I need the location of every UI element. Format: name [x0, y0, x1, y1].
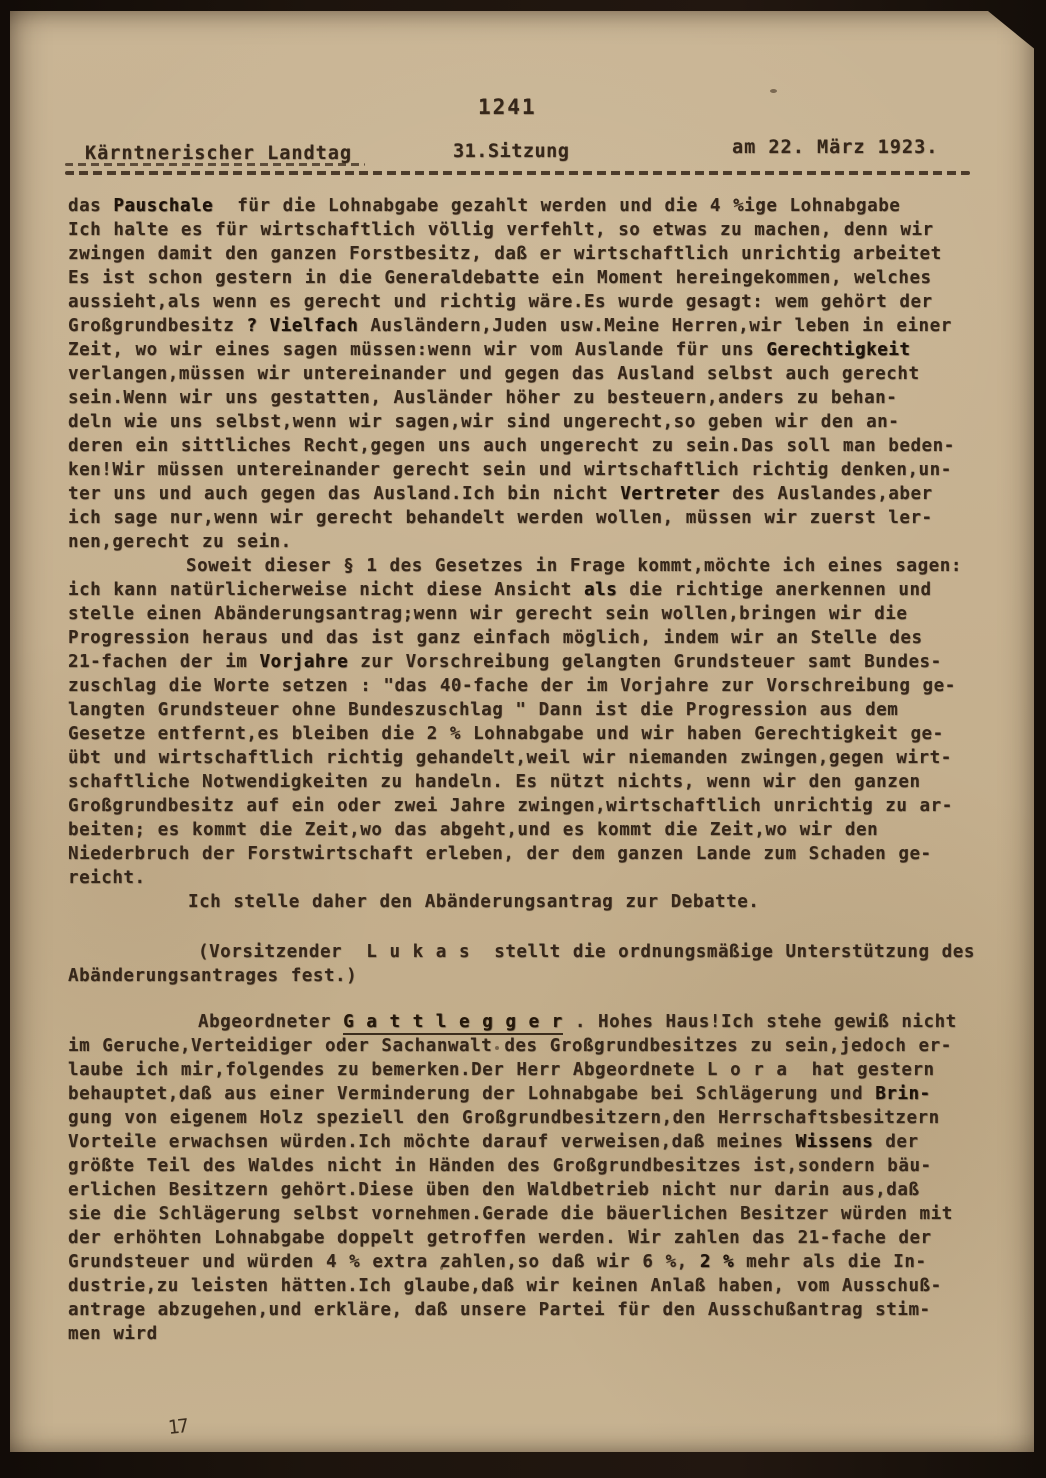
text-line: nen,gerecht zu sein. — [68, 530, 973, 554]
document-page: 1241 Kärntnerischer Landtag 31.Sitzung a… — [10, 11, 1034, 1452]
text-segment: zur Vorschreibung gelangten Grundsteuer … — [348, 652, 942, 672]
text-line: Soweit dieser § 1 des Gesetzes in Frage … — [68, 554, 973, 578]
text-segment: ter uns und auch gegen das Ausland.Ich b… — [68, 484, 620, 504]
text-line: Vorteile erwachsen würden.Ich möchte dar… — [68, 1130, 973, 1154]
text-segment: Großgrundbesitz auf ein oder zwei Jahre … — [68, 796, 953, 816]
text-line: ich sage nur,wenn wir gerecht behandelt … — [68, 506, 973, 530]
text-line: Großgrundbesitz auf ein oder zwei Jahre … — [68, 794, 973, 818]
header-session-date: am 22. März 1923. — [732, 137, 938, 158]
text-segment: gung von eigenem Holz speziell den Großg… — [68, 1108, 940, 1128]
text-line: Abänderungsantrages fest.) — [68, 964, 973, 988]
text-line: langten Grundsteuer ohne Bundeszuschlag … — [68, 698, 973, 722]
text-segment: Gesetze entfernt,es bleiben die 2 % Lohn… — [68, 724, 944, 744]
text-segment: verlangen,müssen wir untereinander und g… — [68, 364, 920, 384]
text-segment: reicht. — [68, 868, 146, 888]
text-segment: stelle einen Abänderungsantrag;wenn wir … — [68, 604, 907, 624]
text-segment: ich sage nur,wenn wir gerecht behandelt … — [68, 508, 933, 528]
text-line: verlangen,müssen wir untereinander und g… — [68, 362, 973, 386]
paragraph: das Pauschale für die Lohnabgabe gezahlt… — [68, 194, 973, 554]
text-line: gung von eigenem Holz speziell den Großg… — [68, 1106, 973, 1130]
text-line: übt und wirtschaftlich richtig gehandelt… — [68, 746, 973, 770]
text-segment: Brin- — [875, 1084, 930, 1104]
ink-speck — [495, 1046, 499, 1050]
text-segment: Ich halte es für wirtschaftlich völlig v… — [68, 220, 934, 240]
text-line: deln wie uns selbst,wenn wir sagen,wir s… — [68, 410, 973, 434]
text-segment: deren ein sittliches Recht,gegen uns auc… — [68, 436, 955, 456]
text-line: (Vorsitzender L u k a s stellt die ordnu… — [68, 940, 973, 964]
text-segment: größte Teil des Waldes nicht in Händen d… — [68, 1156, 932, 1176]
text-line: Grundsteuer und würden 4 % extra zahlen,… — [68, 1250, 973, 1274]
text-segment: 21-fachen der im — [68, 652, 259, 672]
text-segment: Ich stelle daher den Abänderungsantrag z… — [188, 892, 759, 912]
text-line: sein.Wenn wir uns gestatten, Ausländer h… — [68, 386, 973, 410]
text-line: reicht. — [68, 866, 973, 890]
text-segment: die richtige anerkennen und — [617, 580, 931, 600]
text-segment: Pauschale — [113, 196, 213, 216]
paragraph: Abgeordneter G a t t l e g g e r . Hohes… — [68, 1010, 973, 1346]
text-segment: Ausländern,Juden usw.Meine Herren,wir le… — [358, 316, 952, 336]
text-segment: ich kann natürlicherweise nicht diese An… — [68, 580, 584, 600]
text-segment: zwingen damit den ganzen Forstbesitz, da… — [68, 244, 942, 264]
text-segment: . Hohes Haus!Ich stehe gewiß nicht — [563, 1012, 957, 1032]
text-segment: Vorjahre — [259, 652, 348, 672]
ink-speck — [770, 89, 777, 93]
text-segment: aussieht,als wenn es gerecht und richtig… — [68, 292, 933, 312]
text-line: Ich stelle daher den Abänderungsantrag z… — [68, 890, 973, 914]
text-segment: ken!Wir müssen untereinander gerecht sei… — [68, 460, 952, 480]
text-line: der erhöhten Lohnabgabe doppelt getroffe… — [68, 1226, 973, 1250]
text-segment: laube ich mir,folgendes zu bemerken.Der … — [68, 1060, 935, 1080]
text-line: Abgeordneter G a t t l e g g e r . Hohes… — [68, 1010, 973, 1034]
paragraph: Ich stelle daher den Abänderungsantrag z… — [68, 890, 973, 914]
text-segment: mehr als die In- — [734, 1252, 926, 1272]
text-segment: langten Grundsteuer ohne Bundeszuschlag … — [68, 700, 898, 720]
text-line: Zeit, wo wir eines sagen müssen:wenn wir… — [68, 338, 973, 362]
text-line: behauptet,daß aus einer Verminderung der… — [68, 1082, 973, 1106]
text-line: schaftliche Notwendigkeiten zu handeln. … — [68, 770, 973, 794]
text-line: im Geruche,Verteidiger oder Sachanwalt d… — [68, 1034, 973, 1058]
text-line: stelle einen Abänderungsantrag;wenn wir … — [68, 602, 973, 626]
body-text: das Pauschale für die Lohnabgabe gezahlt… — [68, 194, 973, 1346]
text-segment: als — [584, 580, 617, 600]
text-segment: Niederbruch der Forstwirtschaft erleben,… — [68, 844, 932, 864]
text-line: Ich halte es für wirtschaftlich völlig v… — [68, 218, 973, 242]
text-segment: sein.Wenn wir uns gestatten, Ausländer h… — [68, 388, 897, 408]
header-rule — [65, 171, 970, 175]
text-line: erlichen Besitzern gehört.Diese üben den… — [68, 1178, 973, 1202]
text-segment: des Auslandes,aber — [720, 484, 933, 504]
text-line: ken!Wir müssen untereinander gerecht sei… — [68, 458, 973, 482]
text-segment: Soweit dieser § 1 des Gesetzes in Frage … — [186, 556, 962, 576]
text-segment: Vertreter — [620, 484, 720, 504]
text-segment: sie die Schlägerung selbst vornehmen.Ger… — [68, 1204, 953, 1224]
text-line: dustrie,zu leisten hätten.Ich glaube,daß… — [68, 1274, 973, 1298]
text-segment: Grundsteuer und würden 4 % extra zahlen,… — [68, 1252, 700, 1272]
text-segment: das — [68, 196, 113, 216]
text-segment: Gerechtigkeit — [766, 340, 910, 360]
header-session-number: 31.Sitzung — [453, 141, 569, 162]
text-line: sie die Schlägerung selbst vornehmen.Ger… — [68, 1202, 973, 1226]
text-segment: Zeit, wo wir eines sagen müssen:wenn wir… — [68, 340, 766, 360]
text-line: das Pauschale für die Lohnabgabe gezahlt… — [68, 194, 973, 218]
text-segment: zuschlag die Worte setzen : "das 40-fach… — [68, 676, 956, 696]
text-line: antrage abzugehen,und erkläre, daß unser… — [68, 1298, 973, 1322]
paragraph: Soweit dieser § 1 des Gesetzes in Frage … — [68, 554, 973, 890]
text-line: zwingen damit den ganzen Forstbesitz, da… — [68, 242, 973, 266]
text-line: 21-fachen der im Vorjahre zur Vorschreib… — [68, 650, 973, 674]
text-segment: übt und wirtschaftlich richtig gehandelt… — [68, 748, 952, 768]
text-line: laube ich mir,folgendes zu bemerken.Der … — [68, 1058, 973, 1082]
text-line: größte Teil des Waldes nicht in Händen d… — [68, 1154, 973, 1178]
text-segment: der — [873, 1132, 918, 1152]
text-segment: Abgeordneter — [198, 1012, 343, 1032]
text-segment: Es ist schon gestern in die Generaldebat… — [68, 268, 932, 288]
text-segment: behauptet,daß aus einer Verminderung der… — [68, 1084, 875, 1104]
text-segment: (Vorsitzender L u k a s stellt die ordnu… — [198, 942, 975, 962]
text-segment: Großgrundbesitz — [68, 316, 246, 336]
text-segment: 2 % — [700, 1252, 734, 1272]
text-segment: deln wie uns selbst,wenn wir sagen,wir s… — [68, 412, 899, 432]
text-segment: für die Lohnabgabe gezahlt werden und di… — [213, 196, 900, 216]
text-segment: erlichen Besitzern gehört.Diese üben den… — [68, 1180, 920, 1200]
text-line: Progression heraus und das ist ganz einf… — [68, 626, 973, 650]
text-line: aussieht,als wenn es gerecht und richtig… — [68, 290, 973, 314]
sheet-signature-mark: 17 — [167, 1415, 188, 1439]
text-segment: der erhöhten Lohnabgabe doppelt getroffe… — [68, 1228, 932, 1248]
text-segment: ? Vielfach — [246, 316, 358, 336]
text-segment: Wissens — [796, 1132, 874, 1152]
text-segment: im Geruche,Verteidiger oder Sachanwalt d… — [68, 1036, 952, 1056]
text-line: beiten; es kommt die Zeit,wo das abgeht,… — [68, 818, 973, 842]
text-line: zuschlag die Worte setzen : "das 40-fach… — [68, 674, 973, 698]
text-segment: schaftliche Notwendigkeiten zu handeln. … — [68, 772, 921, 792]
page-number: 1241 — [478, 95, 537, 119]
text-segment: Vorteile erwachsen würden.Ich möchte dar… — [68, 1132, 796, 1152]
text-segment: dustrie,zu leisten hätten.Ich glaube,daß… — [68, 1276, 942, 1296]
text-line: Niederbruch der Forstwirtschaft erleben,… — [68, 842, 973, 866]
text-line: men wird — [68, 1322, 973, 1346]
text-line: deren ein sittliches Recht,gegen uns auc… — [68, 434, 973, 458]
header-parliament-title: Kärntnerischer Landtag — [85, 143, 352, 164]
speaker-name: G a t t l e g g e r — [343, 1012, 563, 1035]
text-line: Es ist schon gestern in die Generaldebat… — [68, 266, 973, 290]
text-line: ich kann natürlicherweise nicht diese An… — [68, 578, 973, 602]
ink-speck — [440, 1266, 443, 1270]
text-segment: antrage abzugehen,und erkläre, daß unser… — [68, 1300, 931, 1320]
paragraph: (Vorsitzender L u k a s stellt die ordnu… — [68, 940, 973, 988]
text-segment: Progression heraus und das ist ganz einf… — [68, 628, 923, 648]
text-segment: nen,gerecht zu sein. — [68, 532, 292, 552]
text-segment: men wird — [68, 1324, 158, 1344]
text-line: Gesetze entfernt,es bleiben die 2 % Lohn… — [68, 722, 973, 746]
text-line: Großgrundbesitz ? Vielfach Ausländern,Ju… — [68, 314, 973, 338]
text-segment: Abänderungsantrages fest.) — [68, 966, 357, 986]
header-underline-segment — [65, 163, 365, 166]
text-line: ter uns und auch gegen das Ausland.Ich b… — [68, 482, 973, 506]
text-segment: beiten; es kommt die Zeit,wo das abgeht,… — [68, 820, 878, 840]
